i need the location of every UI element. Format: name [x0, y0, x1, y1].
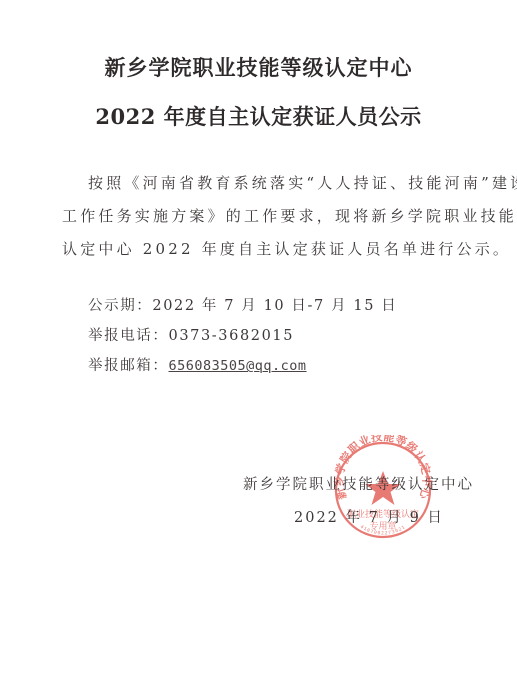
signature-organization: 新乡学院职业技能等级认定中心 [243, 473, 474, 494]
publicity-period-value: 2022 年 7 月 10 日-7 月 15 日 [152, 298, 397, 314]
paragraph-line-1: 按照《河南省教育系统落实“人人持证、技能河南”建设 [88, 172, 517, 193]
document-title: 新乡学院职业技能等级认定中心 [0, 52, 517, 82]
report-email: 举报邮箱：656083505@qq.com [88, 354, 307, 375]
report-phone-label: 举报电话： [88, 328, 169, 344]
report-phone-value: 0373-3682015 [169, 328, 295, 344]
paragraph-line-2: 工作任务实施方案》的工作要求，现将新乡学院职业技能等级 [62, 205, 517, 226]
publicity-period-label: 公示期： [88, 298, 152, 314]
paragraph-line-3: 认定中心 2022 年度自主认定获证人员名单进行公示。 [62, 238, 511, 259]
publicity-period: 公示期：2022 年 7 月 10 日-7 月 15 日 [88, 294, 397, 315]
report-email-link[interactable]: 656083505@qq.com [169, 358, 307, 374]
report-phone: 举报电话：0373-3682015 [88, 324, 294, 345]
report-email-label: 举报邮箱： [88, 358, 169, 374]
signature-date: 2022 年 7 月 9 日 [294, 506, 444, 527]
document-subtitle: 2022 年度自主认定获证人员公示 [0, 101, 517, 131]
